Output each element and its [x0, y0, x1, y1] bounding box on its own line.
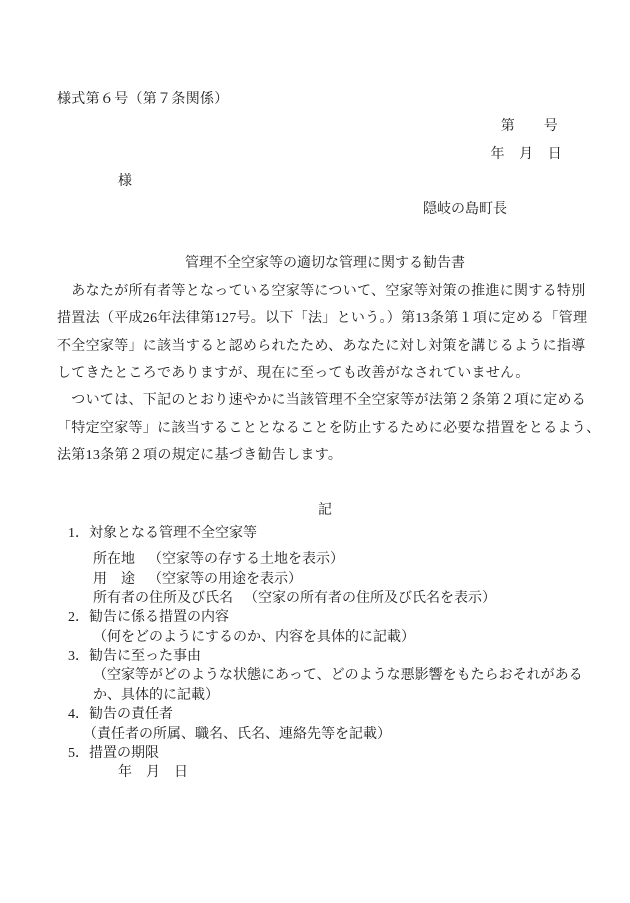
list-item-1-heading: 1．対象となる管理不全空家等 [57, 524, 593, 543]
blank-line [57, 223, 593, 250]
list-item-3-note-line-1: （空家等がどのような状態にあって、どのような悪影響をもたらおそれがある [57, 666, 593, 685]
paragraph-2-line-1: ついては、下記のとおり速やかに当該管理不全空家等が法第２条第２項に定める [57, 387, 593, 414]
list-item-1-owner: 所有者の住所及び氏名（空家の所有者の住所及び氏名を表示） [57, 589, 593, 608]
location-note: （空家等の存する土地を表示） [148, 552, 344, 567]
location-label: 所在地 [93, 550, 148, 569]
use-note: （空家等の用途を表示） [148, 572, 302, 587]
list-item-3-heading: 3．勧告に至った事由 [57, 647, 593, 666]
paragraph-1-line-1: あなたが所有者等となっている空家等について、空家等対策の推進に関する特別 [57, 278, 593, 305]
paragraph-2-line-2: 「特定空家等」に該当することとなることを防止するために必要な措置をとるよう、 [57, 415, 593, 442]
list-item-5-deadline: 年 月 日 [57, 763, 593, 782]
list-item-4-note: （責任者の所属、職名、氏名、連絡先等を記載） [57, 725, 593, 744]
owner-note: （空家の所有者の住所及び氏名を表示） [244, 591, 496, 606]
list-item-4-heading: 4．勧告の責任者 [57, 705, 593, 724]
owner-label: 所有者の住所及び氏名 [93, 589, 244, 608]
issue-date-line: 年 月 日 [57, 141, 593, 168]
list-item-2-heading: 2．勧告に係る措置の内容 [57, 608, 593, 627]
paragraph-1-line-3: 不全空家等」に該当すると認められたため、あなたに対し対策を講じるように指導 [57, 333, 593, 360]
addressee-line: 様 [57, 168, 593, 195]
document-number: 第 号 [57, 113, 593, 140]
paragraph-2-line-3: 法第13条第２項の規定に基づき勧告します。 [57, 442, 593, 469]
paragraph-1-line-2: 措置法（平成26年法律第127号。以下「法」という。）第13条第１項に定める「管… [57, 305, 593, 332]
list-item-1-use: 用 途（空家等の用途を表示） [57, 570, 593, 589]
form-number: 様式第６号（第７条関係） [57, 86, 593, 113]
document-title: 管理不全空家等の適切な管理に関する勧告書 [57, 250, 593, 277]
blank-line [57, 469, 593, 496]
itemized-list: 1．対象となる管理不全空家等 所在地（空家等の存する土地を表示） 用 途（空家等… [57, 524, 593, 783]
list-item-2-note: （何をどのようにするのか、内容を具体的に記載） [57, 628, 593, 647]
paragraph-1-line-4: してきたところでありますが、現在に至っても改善がなされていません。 [57, 360, 593, 387]
ki-marker: 記 [57, 497, 593, 524]
list-item-1-location: 所在地（空家等の存する土地を表示） [57, 550, 593, 569]
list-item-5-heading: 5．措置の期限 [57, 744, 593, 763]
document-page: 様式第６号（第７条関係） 第 号 年 月 日 様 隠岐の島町長 管理不全空家等の… [0, 0, 630, 903]
sender-line: 隠岐の島町長 [57, 196, 593, 223]
list-item-3-note-line-2: か、具体的に記載） [57, 686, 593, 705]
use-label: 用 途 [93, 570, 148, 589]
